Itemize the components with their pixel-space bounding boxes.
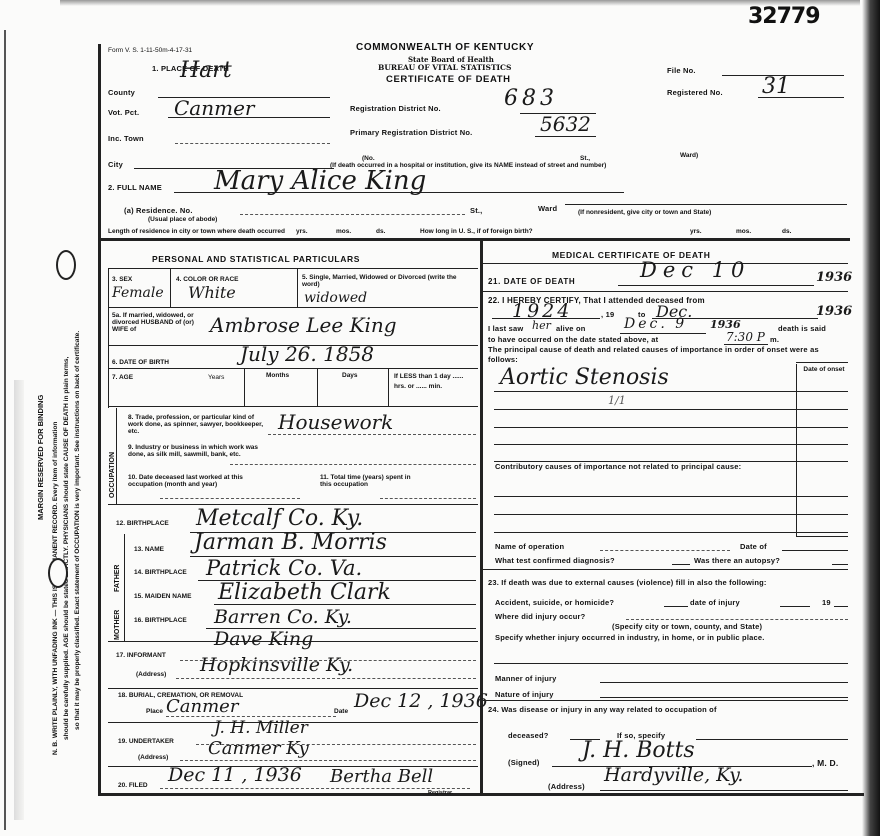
scan-right-edge: [862, 0, 880, 836]
burial-date-value: Dec 12 , 1936: [354, 690, 488, 712]
onset-column-divider: [796, 364, 797, 536]
registrar-label: Registrar.: [428, 790, 453, 797]
undertaker-address-line: [180, 760, 476, 761]
age-less-than: If LESS than 1 day ...... hrs. or ......…: [394, 372, 474, 392]
residence-label: (a) Residence. No.: [124, 206, 193, 215]
cause-line-1: [494, 391, 848, 392]
age-divider-3: [388, 368, 389, 406]
header-commonwealth: COMMONWEALTH OF KENTUCKY: [356, 42, 534, 53]
address-value: Hardyville, Ky.: [604, 764, 743, 786]
length-residence-label: Length of residence in city or town wher…: [108, 228, 285, 235]
onset-header-top: [796, 362, 848, 363]
autopsy-label: Was there an autopsy?: [694, 556, 780, 565]
spouse-value: Ambrose Lee King: [210, 313, 397, 337]
father-name-value: Jarman B. Morris: [194, 530, 387, 555]
binding-hole-top: [56, 250, 76, 280]
accident-line: [664, 606, 688, 607]
trade-label: 8. Trade, profession, or particular kind…: [128, 414, 268, 435]
address-line: [600, 790, 848, 791]
operation-date-label: Date of: [740, 542, 767, 551]
age-days-label: Days: [342, 372, 358, 379]
scan-top-edge: [60, 0, 860, 6]
total-time-label: 11. Total time (years) spent in this occ…: [320, 474, 420, 488]
form-id: Form V. S. 1-11-50m-4-17-31: [108, 47, 192, 54]
color-divider: [297, 268, 298, 308]
age-label: 7. AGE: [112, 374, 133, 381]
vot-pct-label: Vot. Pct.: [108, 108, 139, 117]
injury-year-label: 19: [822, 598, 831, 607]
certify-to-year: 1936: [816, 304, 852, 319]
margin-instructions-2: should be carefully supplied. AGE should…: [63, 357, 70, 740]
last-saw-who: her: [532, 319, 551, 332]
specify-line: [494, 663, 848, 664]
birthplace-label: 12. BIRTHPLACE: [116, 520, 169, 527]
dob-value: July 26. 1858: [240, 342, 374, 366]
external-label: 23. If death was due to external causes …: [488, 578, 848, 587]
margin-instructions-1: N. B. WRITE PLAINLY, WITH UNFADING INK —…: [52, 422, 59, 755]
total-time-line: [380, 498, 476, 499]
margin-instructions-3: so that it may be properly classified. E…: [74, 331, 81, 730]
informant-value: Dave King: [214, 628, 313, 650]
full-name-value: Mary Alice King: [214, 166, 426, 196]
residence-bottom-rule: [98, 238, 850, 241]
residence-sublabel: (Usual place of abode): [148, 216, 217, 223]
principal-cause: Aortic Stenosis: [500, 365, 669, 390]
marital-value: widowed: [304, 290, 367, 306]
sex-label: 3. SEX: [112, 276, 132, 283]
registered-no-label: Registered No.: [667, 88, 723, 97]
foreign-mos: mos.: [736, 228, 751, 235]
color-race-label: 4. COLOR OR RACE: [176, 276, 238, 283]
city-no-label: (No.: [362, 155, 375, 162]
last-saw-mid: alive on: [556, 324, 586, 333]
cause-line-2: [494, 409, 848, 410]
form-left-border: [98, 44, 101, 796]
residence-note: (If nonresident, give city or town and S…: [578, 209, 711, 216]
undertaker-address-value: Canmer Ky: [208, 738, 309, 759]
parents-side-bar: [124, 534, 125, 642]
father-name-label: 13. NAME: [134, 546, 164, 553]
burial-place-value: Canmer: [166, 696, 238, 717]
deceased-label: deceased?: [508, 731, 549, 740]
city-st-label: St.,: [580, 155, 590, 162]
signed-label: (Signed): [508, 758, 540, 767]
date-of-death-label: 21. DATE OF DEATH: [488, 277, 575, 286]
primary-district-value: 5632: [540, 112, 591, 136]
full-name-label: 2. FULL NAME: [108, 183, 162, 192]
contributory-label: Contributory causes of importance not re…: [495, 462, 785, 471]
autopsy-line: [832, 564, 848, 565]
primary-district-label: Primary Registration District No.: [350, 128, 472, 137]
occurred-line-label: to have occurred on the date stated abov…: [488, 335, 658, 344]
filed-registrar: Bertha Bell: [330, 766, 433, 787]
county-label: County: [108, 88, 135, 97]
injury-date-label: date of injury: [690, 598, 740, 607]
where-note: (Specify city or town, county, and State…: [612, 622, 762, 631]
cause-intro: The principal cause of death and related…: [488, 345, 848, 364]
test-label: What test confirmed diagnosis?: [495, 556, 615, 565]
margin-reserved-text: MARGIN RESERVED FOR BINDING: [36, 395, 45, 520]
registered-no-value: 31: [762, 74, 790, 99]
residence-ward-label: Ward: [538, 204, 557, 213]
personal-box-left: [108, 268, 109, 408]
primary-district-line: [535, 136, 596, 137]
medical-rule-3: [482, 700, 848, 701]
contributory-line-3: [494, 532, 848, 533]
last-worked-label: 10. Date deceased last worked at this oc…: [128, 474, 268, 488]
cause-mark: 1/1: [608, 394, 626, 407]
undertaker-address-label: (Address): [138, 754, 168, 761]
informant-address-value: Hopkinsville Ky.: [200, 654, 353, 676]
medical-rule-2: [482, 569, 848, 570]
last-saw-suffix: death is said: [778, 324, 826, 333]
personal-title-rule: [108, 268, 478, 269]
vot-pct-value: Canmer: [174, 96, 254, 120]
last-saw-date-line: [620, 333, 706, 334]
row-rule-7: [108, 688, 478, 689]
row-rule-3: [108, 368, 478, 369]
age-months-label: Months: [266, 372, 289, 379]
header-certificate-title: CERTIFICATE OF DEATH: [386, 74, 511, 85]
last-saw-date: Dec. 9: [624, 316, 687, 332]
undertaker-label: 19. UNDERTAKER: [118, 738, 174, 745]
foreign-birth-label: How long in U. S., if of foreign birth?: [420, 228, 533, 235]
manner-line: [600, 682, 848, 683]
sex-value: Female: [112, 285, 164, 301]
nature-label: Nature of injury: [495, 690, 554, 699]
registration-district-label: Registration District No.: [350, 104, 441, 113]
injury-date-line: [780, 606, 810, 607]
injury-year-line: [834, 606, 848, 607]
medical-rule-1: [482, 291, 848, 292]
cause-line-3: [494, 427, 848, 428]
city-label: City: [108, 160, 123, 169]
where-line: [626, 619, 848, 620]
where-label: Where did injury occur?: [495, 612, 585, 621]
trade-line: [268, 434, 476, 435]
onset-header: Date of onset: [803, 366, 845, 373]
contributory-line-1: [494, 496, 848, 497]
spouse-label: 5a. If married, widowed, or divorced HUS…: [112, 312, 212, 333]
date-of-death-value: Dec 10: [640, 258, 750, 282]
trade-value: Housework: [278, 410, 393, 434]
header-bureau: BUREAU OF VITAL STATISTICS: [378, 63, 511, 72]
age-divider-1: [244, 368, 245, 406]
color-race-value: White: [188, 283, 236, 302]
inc-town-label: Inc. Town: [108, 134, 144, 143]
if-so-specify-line: [696, 739, 848, 740]
registration-district-value: 683: [504, 86, 558, 111]
contributory-line-2: [494, 514, 848, 515]
certify-from-suffix: , 19: [601, 310, 614, 319]
binding-hole-bottom: [48, 558, 68, 588]
occupation-side-bar: [116, 408, 117, 504]
residence-st-label: St.,: [470, 206, 482, 215]
scan-left-shadow: [14, 380, 24, 820]
birthplace-value: Metcalf Co. Ky.: [196, 506, 363, 531]
date-of-death-line: [618, 285, 814, 286]
age-years-label: Years: [208, 374, 224, 381]
father-birthplace-value: Patrick Co. Va.: [206, 556, 362, 580]
row-rule-1: [108, 307, 478, 308]
mother-maiden-value: Elizabeth Clark: [218, 580, 391, 605]
mother-maiden-label: 15. MAIDEN NAME: [134, 593, 191, 600]
marital-label: 5. Single, Married, Widowed or Divorced …: [302, 274, 474, 288]
personal-title: PERSONAL AND STATISTICAL PARTICULARS: [152, 254, 360, 264]
onset-box-bottom: [796, 536, 848, 537]
informant-address-line: [176, 678, 476, 679]
burial-date-label: Date: [334, 708, 348, 715]
cause-line-4: [494, 444, 848, 445]
age-divider-2: [317, 368, 318, 406]
operation-date-line: [782, 550, 848, 551]
row-rule-5: [108, 504, 478, 505]
date-of-death-year: 1936: [816, 270, 852, 285]
industry-line: [230, 464, 476, 465]
occupation-related-label: 24. Was disease or injury in any way rel…: [488, 705, 717, 714]
foreign-yrs: yrs.: [690, 228, 702, 235]
mother-side-label: MOTHER: [114, 610, 121, 640]
row-rule-4: [108, 406, 478, 407]
specify-label: Specify whether injury occurred in indus…: [495, 633, 851, 642]
length-yrs: yrs.: [296, 228, 308, 235]
accident-label: Accident, suicide, or homicide?: [495, 598, 614, 607]
county-value: Hart: [180, 58, 232, 83]
file-no-label: File No.: [667, 66, 696, 75]
operation-line: [600, 550, 730, 551]
father-side-label: FATHER: [114, 565, 121, 592]
manner-label: Manner of injury: [495, 674, 557, 683]
filed-date: Dec 11 , 1936: [168, 764, 302, 786]
operation-label: Name of operation: [495, 542, 564, 551]
foreign-ds: ds.: [782, 228, 791, 235]
test-line: [672, 564, 690, 565]
death-certificate: MARGIN RESERVED FOR BINDING N. B. WRITE …: [0, 0, 880, 836]
time-suffix: m.: [770, 335, 779, 344]
sex-divider: [170, 268, 171, 308]
dob-label: 6. DATE OF BIRTH: [112, 359, 169, 366]
residence-line: [240, 214, 465, 215]
mother-birthplace-value: Barren Co. Ky.: [214, 606, 352, 628]
signed-suffix: , M. D.: [812, 758, 838, 768]
informant-address-label: (Address): [136, 671, 166, 678]
scan-left-edge: [4, 30, 6, 830]
address-label: (Address): [548, 782, 585, 791]
informant-label: 17. INFORMANT: [116, 652, 166, 659]
filed-line: [160, 788, 470, 789]
occupation-side-label: OCCUPATION: [109, 452, 116, 498]
city-ward-label: Ward): [680, 152, 698, 159]
burial-place-label: Place: [146, 708, 163, 715]
residence-ward-line: [565, 204, 847, 205]
form-bottom-border: [98, 793, 864, 796]
nature-line: [600, 697, 848, 698]
inc-town-line: [175, 143, 330, 144]
filed-label: 20. FILED: [118, 782, 148, 789]
mother-birthplace-label: 16. BIRTHPLACE: [134, 617, 187, 624]
undertaker-value: J. H. Miller: [214, 718, 308, 738]
father-birthplace-label: 14. BIRTHPLACE: [134, 569, 187, 576]
length-mos: mos.: [336, 228, 351, 235]
certificate-number: 32779: [748, 4, 820, 29]
last-worked-line: [160, 498, 300, 499]
length-ds: ds.: [376, 228, 385, 235]
signed-value: J. H. Botts: [582, 738, 695, 763]
industry-label: 9. Industry or business in which work wa…: [128, 444, 268, 458]
time-value: 7:30 P: [726, 330, 765, 344]
last-saw-prefix: I last saw: [488, 324, 523, 333]
